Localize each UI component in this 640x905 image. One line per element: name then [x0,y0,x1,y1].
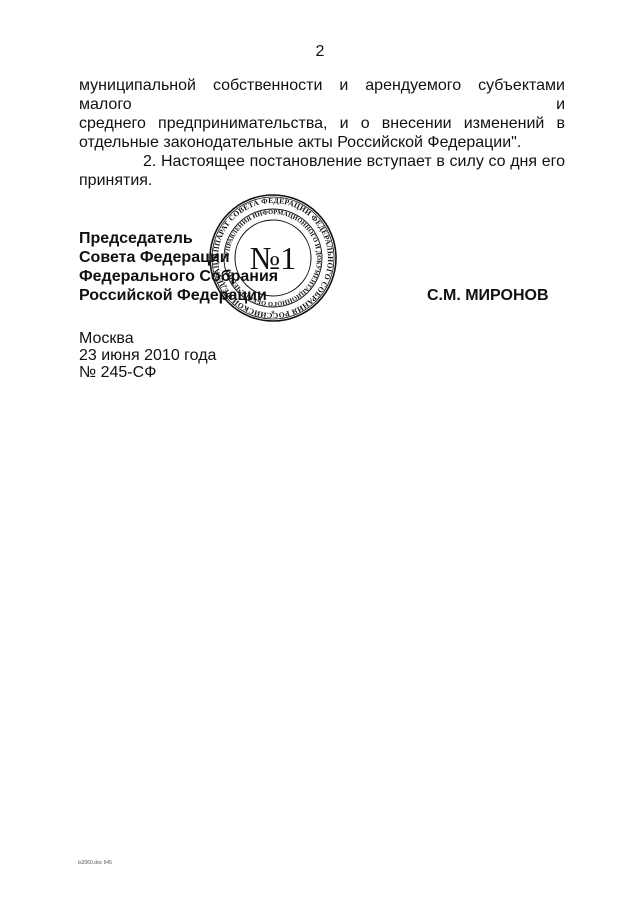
body-line: среднего предпринимательства, и о внесен… [79,114,565,133]
issue-date: 23 июня 2010 года [79,347,216,364]
page-number: 2 [0,43,640,61]
footer-file-code: ls2060.doc 645 [78,860,112,866]
signatory-title-line: Председатель [79,229,278,248]
body-line: 2. Настоящее постановление вступает в си… [79,152,565,171]
body-line: отдельные законодательные акты Российско… [79,133,565,152]
body-line: принятия. [79,171,565,190]
signatory-title-line: Российской Федерации [79,286,278,305]
signatory-title-line: Совета Федерации [79,248,278,267]
signatory-title-line: Федерального Собрания [79,267,278,286]
issue-details: Москва 23 июня 2010 года № 245-СФ [79,330,216,381]
resolution-number: № 245-СФ [79,364,216,381]
seal-star: * [271,309,275,319]
signatory-name: С.М. МИРОНОВ [427,286,549,305]
resolution-body: муниципальной собственности и арендуемог… [79,76,565,190]
body-line: муниципальной собственности и арендуемог… [79,76,565,114]
signatory-title: Председатель Совета Федерации Федерально… [79,229,278,305]
issue-city: Москва [79,330,216,347]
